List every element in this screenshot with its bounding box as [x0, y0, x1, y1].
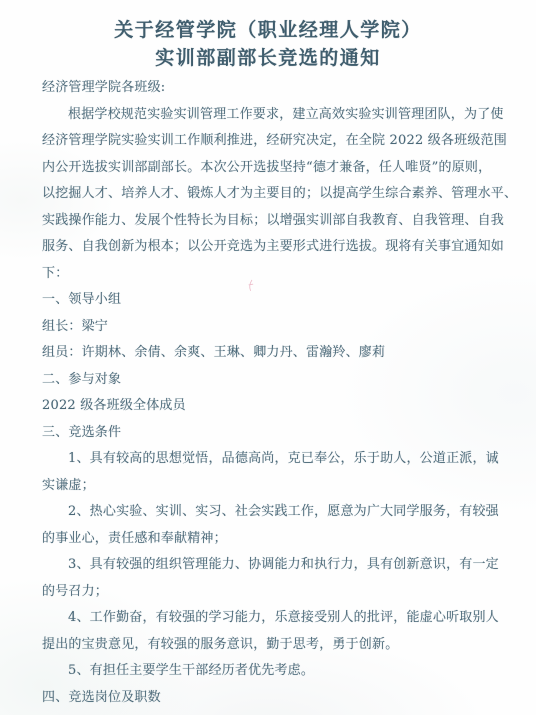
- scan-artifact-red-mark: [246, 278, 255, 292]
- document-title: 关于经管学院（职业经理人学院） 实训部副部长竞选的通知: [0, 16, 536, 72]
- body-line: 内公开选拔实训部副部长。本次公开选拔坚持“德才兼备，任人唯贤”的原则，: [42, 155, 506, 182]
- section-heading: 一、领导小组: [42, 287, 506, 314]
- salutation-line: 经济管理学院各班级:: [42, 75, 506, 102]
- body-line: 组员：许期林、余倩、余爽、王琳、卿力丹、雷瀚羚、廖莉: [42, 340, 506, 367]
- body-line: 经济管理学院实验实训工作顺利推进，经研究决定，在全院 2022 级各班级范围: [42, 128, 506, 155]
- body-line: 服务、自我创新为根本；以公开竞选为主要形式进行选拔。现将有关事宜通知如: [42, 234, 506, 261]
- body-line: 以挖掘人才、培养人才、锻炼人才为主要目的；以提高学生综合素养、管理水平、: [42, 181, 506, 208]
- body-line: 的号召力；: [42, 579, 506, 606]
- body-line: 2、热心实验、实训、实习、社会实践工作，愿意为广大同学服务，有较强: [42, 499, 506, 526]
- body-line: 提出的宝贵意见，有较强的服务意识，勤于思考，勇于创新。: [42, 632, 506, 659]
- body-line: 根据学校规范实验实训管理工作要求，建立高效实验实训管理团队，为了使: [42, 102, 506, 129]
- body-line: 的事业心，责任感和奉献精神；: [42, 526, 506, 553]
- body-line: 实谦虚；: [42, 473, 506, 500]
- body-line: 下：: [42, 261, 506, 288]
- title-line-2: 实训部副部长竞选的通知: [0, 44, 536, 72]
- section-heading: 三、竞选条件: [42, 420, 506, 447]
- body-line: 3、具有较强的组织管理能力、协调能力和执行力，具有创新意识，有一定: [42, 552, 506, 579]
- section-heading: 四、竞选岗位及职数: [42, 685, 506, 712]
- document-body: 经济管理学院各班级: 根据学校规范实验实训管理工作要求，建立高效实验实训管理团队…: [42, 75, 506, 711]
- body-line: 实践操作能力、发展个性特长为目标；以增强实训部自我教育、自我管理、自我: [42, 208, 506, 235]
- body-line: 5、有担任主要学生干部经历者优先考虑。: [42, 658, 506, 685]
- body-line: 2022 级各班级全体成员: [42, 393, 506, 420]
- body-line: 1、具有较高的思想觉悟，品德高尚，克已奉公，乐于助人，公道正派，诚: [42, 446, 506, 473]
- body-line: 组长：梁宁: [42, 314, 506, 341]
- body-line: 4、工作勤奋，有较强的学习能力，乐意接受别人的批评，能虚心听取别人: [42, 605, 506, 632]
- section-heading: 二、参与对象: [42, 367, 506, 394]
- scanned-notice-page: 关于经管学院（职业经理人学院） 实训部副部长竞选的通知 经济管理学院各班级: 根…: [0, 0, 536, 715]
- title-line-1: 关于经管学院（职业经理人学院）: [0, 16, 536, 44]
